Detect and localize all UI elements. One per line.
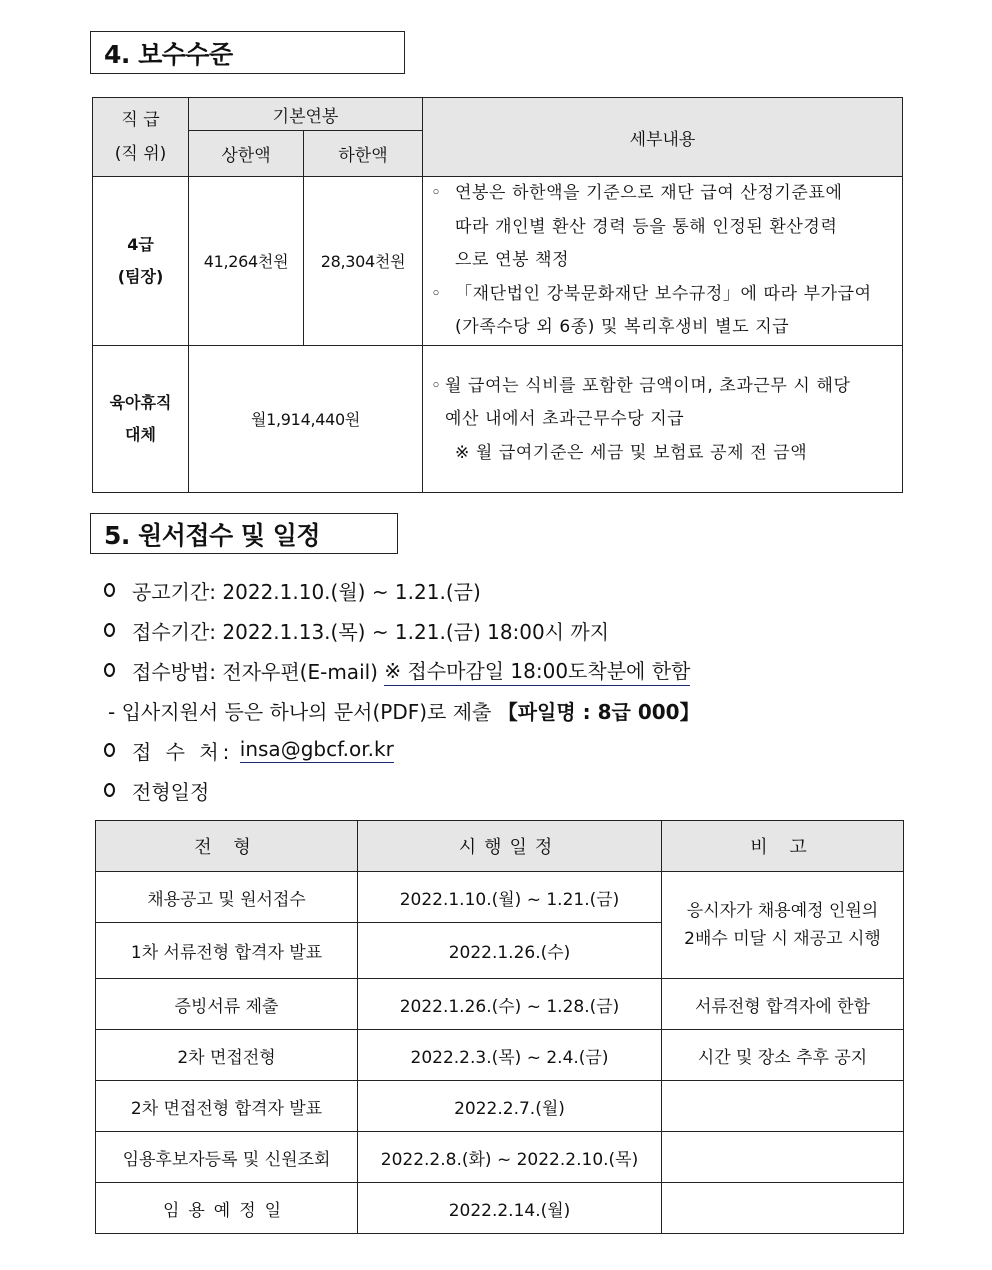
detail-line: 따라 개인별 환산 경력 등을 통해 인정된 환산경력: [431, 211, 892, 245]
section-5-title-text: 5. 원서접수 및 일정: [104, 516, 320, 552]
deadline-note: ※ 접수마감일 18:00도착분에 한함: [384, 655, 690, 686]
stage-cell: 2차 면접전형 합격자 발표: [96, 1081, 358, 1132]
detail-text: 연봉은 하한액을 기준으로 재단 급여 산정기준표에: [455, 183, 842, 203]
note-cell: [662, 1183, 904, 1234]
stage-cell: 임용예정일: [96, 1183, 358, 1234]
note-cell: [662, 1132, 904, 1183]
detail-line: ◦「재단법인 강북문화재단 보수규정」에 따라 부가급여: [431, 278, 892, 312]
position-grade4-line-2: (팀장): [93, 261, 188, 293]
item-label: 공고기간:: [132, 576, 216, 605]
stage-cell: 증빙서류 제출: [96, 979, 358, 1030]
item-value: 전자우편(E-mail): [222, 656, 378, 685]
detail-line: 예산 내에서 초과근무수당 지급: [431, 403, 892, 437]
position-grade4: 4급 (팀장): [93, 177, 189, 346]
salary-row-grade4: 4급 (팀장) 41,264천원 28,304천원 ◦연봉은 하한액을 기준으로…: [93, 177, 903, 346]
position-grade4-line-1: 4급: [93, 229, 188, 261]
position-parental-leave: 육아휴직 대체: [93, 345, 189, 492]
date-cell: 2022.1.26.(수) ~ 1.28.(금): [358, 979, 662, 1030]
item-label: 접수방법:: [132, 656, 216, 685]
header-stage: 전 형: [96, 821, 358, 872]
stage-cell: 임용후보자등록 및 신원조회: [96, 1132, 358, 1183]
stage-cell: 1차 서류전형 합격자 발표: [96, 923, 358, 979]
date-cell: 2022.1.10.(월) ~ 1.21.(금): [358, 872, 662, 923]
details-parental-leave: ◦월 급여는 식비를 포함한 금액이며, 초과근무 시 해당 예산 내에서 초과…: [423, 345, 903, 492]
date-cell: 2022.2.3.(목) ~ 2.4.(금): [358, 1030, 662, 1081]
header-lower: 하한액: [304, 131, 423, 177]
circle-bullet-icon: [104, 663, 115, 677]
schedule-row: 2차 면접전형 2022.2.3.(목) ~ 2.4.(금) 시간 및 장소 추…: [96, 1030, 904, 1081]
detail-line: (가족수당 외 6종) 및 복리후생비 별도 지급: [431, 311, 892, 345]
circle-bullet-icon: ◦: [431, 177, 455, 211]
detail-text: 월 급여는 식비를 포함한 금액이며, 초과근무 시 해당: [445, 376, 851, 396]
details-grade4: ◦연봉은 하한액을 기준으로 재단 급여 산정기준표에 따라 개인별 환산 경력…: [423, 177, 903, 346]
circle-bullet-icon: ◦: [431, 370, 445, 404]
lower-amount: 28,304천원: [304, 177, 423, 346]
item-value: 2022.1.10.(월) ~ 1.21.(금): [222, 576, 480, 605]
application-info-list: 공고기간: 2022.1.10.(월) ~ 1.21.(금) 접수기간: 202…: [104, 570, 884, 810]
list-item-submission-address: 접 수 처: insa@gbcf.or.kr: [104, 730, 884, 770]
schedule-table: 전 형 시행일정 비 고 채용공고 및 원서접수 2022.1.10.(월) ~…: [95, 820, 904, 1234]
header-position: 직 급 (직 위): [93, 98, 189, 177]
header-base-salary: 기본연봉: [189, 98, 423, 131]
section-4-title: 4. 보수수준: [90, 31, 405, 74]
date-cell: 2022.2.14.(월): [358, 1183, 662, 1234]
list-item-notice-period: 공고기간: 2022.1.10.(월) ~ 1.21.(금): [104, 570, 884, 610]
detail-note-line: ※ 월 급여기준은 세금 및 보험료 공제 전 금액: [431, 437, 892, 471]
item-label: 전형일정: [132, 776, 209, 805]
salary-table: 직 급 (직 위) 기본연봉 세부내용 상한액 하한액 4급 (팀장) 41,2…: [92, 97, 903, 493]
merged-note-line-2: 2배수 미달 시 재공고 시행: [662, 925, 903, 953]
detail-line: ◦월 급여는 식비를 포함한 금액이며, 초과근무 시 해당: [431, 370, 892, 404]
circle-bullet-icon: [104, 783, 115, 797]
item-label: 접 수 처:: [132, 736, 233, 765]
position-parental-line-2: 대체: [93, 419, 188, 451]
header-position-line-1: 직 급: [93, 103, 188, 137]
email-link[interactable]: insa@gbcf.or.kr: [240, 737, 394, 763]
date-cell: 2022.1.26.(수): [358, 923, 662, 979]
position-parental-line-1: 육아휴직: [93, 387, 188, 419]
list-item-schedule: 전형일정: [104, 770, 884, 810]
note-cell: 시간 및 장소 추후 공지: [662, 1030, 904, 1081]
header-upper: 상한액: [189, 131, 304, 177]
upper-amount: 41,264천원: [189, 177, 304, 346]
header-details: 세부내용: [423, 98, 903, 177]
stage-cell: 2차 면접전형: [96, 1030, 358, 1081]
header-date: 시행일정: [358, 821, 662, 872]
schedule-row: 증빙서류 제출 2022.1.26.(수) ~ 1.28.(금) 서류전형 합격…: [96, 979, 904, 1030]
schedule-header-row: 전 형 시행일정 비 고: [96, 821, 904, 872]
file-name-format: 【파일명 : 8급 000】: [498, 696, 700, 725]
schedule-row: 임용예정일 2022.2.14.(월): [96, 1183, 904, 1234]
schedule-row: 채용공고 및 원서접수 2022.1.10.(월) ~ 1.21.(금) 응시자…: [96, 872, 904, 923]
detail-line: ◦연봉은 하한액을 기준으로 재단 급여 산정기준표에: [431, 177, 892, 211]
schedule-row: 2차 면접전형 합격자 발표 2022.2.7.(월): [96, 1081, 904, 1132]
header-position-line-2: (직 위): [93, 137, 188, 171]
stage-cell: 채용공고 및 원서접수: [96, 872, 358, 923]
circle-bullet-icon: [104, 623, 115, 637]
header-note: 비 고: [662, 821, 904, 872]
section-4-title-text: 4. 보수수준: [104, 35, 233, 71]
list-item-application-method: 접수방법: 전자우편(E-mail) ※ 접수마감일 18:00도착분에 한함: [104, 650, 884, 690]
detail-line: 으로 연봉 책정: [431, 244, 892, 278]
item-label: 접수기간:: [132, 616, 216, 645]
circle-bullet-icon: ◦: [431, 278, 455, 312]
merged-note-line-1: 응시자가 채용예정 인원의: [662, 897, 903, 925]
salary-header-row-1: 직 급 (직 위) 기본연봉 세부내용: [93, 98, 903, 131]
monthly-amount: 월1,914,440원: [189, 345, 423, 492]
list-item-application-period: 접수기간: 2022.1.13.(목) ~ 1.21.(금) 18:00시 까지: [104, 610, 884, 650]
note-cell: 서류전형 합격자에 한함: [662, 979, 904, 1030]
detail-text: 「재단법인 강북문화재단 보수규정」에 따라 부가급여: [455, 284, 872, 304]
note-cell: [662, 1081, 904, 1132]
item-value: 2022.1.13.(목) ~ 1.21.(금) 18:00시 까지: [222, 616, 609, 645]
schedule-row: 임용후보자등록 및 신원조회 2022.2.8.(화) ~ 2022.2.10.…: [96, 1132, 904, 1183]
merged-note-cell: 응시자가 채용예정 인원의 2배수 미달 시 재공고 시행: [662, 872, 904, 979]
date-cell: 2022.2.7.(월): [358, 1081, 662, 1132]
salary-row-parental-leave: 육아휴직 대체 월1,914,440원 ◦월 급여는 식비를 포함한 금액이며,…: [93, 345, 903, 492]
circle-bullet-icon: [104, 583, 115, 597]
circle-bullet-icon: [104, 743, 115, 757]
file-instruction-text: - 입사지원서 등은 하나의 문서(PDF)로 제출: [108, 696, 491, 725]
list-item-file-instruction: - 입사지원서 등은 하나의 문서(PDF)로 제출 【파일명 : 8급 000…: [108, 690, 884, 730]
section-5-title: 5. 원서접수 및 일정: [90, 513, 398, 554]
date-cell: 2022.2.8.(화) ~ 2022.2.10.(목): [358, 1132, 662, 1183]
